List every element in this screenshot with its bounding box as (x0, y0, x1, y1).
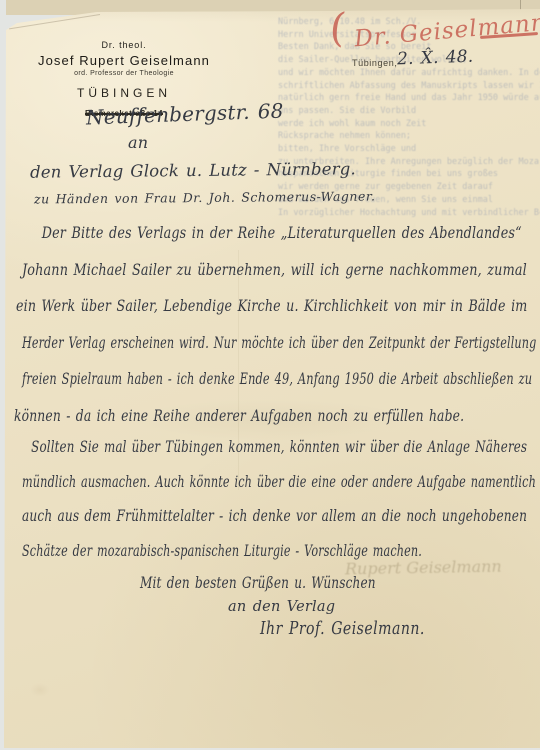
body-line: Der Bitte des Verlags in der Reihe „Lite… (22, 224, 446, 242)
bleedthrough-line: Rücksprache nehmen können; (278, 130, 540, 143)
bleedthrough-line: werde ich wohl kaum noch Zeit (278, 118, 540, 131)
recipient-line-2: zu Händen von Frau Dr. Joh. Schomerus-Wa… (34, 189, 376, 207)
bleedthrough-line: natürlich gern freie Hand und das Jahr 1… (278, 92, 540, 105)
body-line: mündlich ausmachen. Auch könnte ich über… (22, 473, 396, 491)
body-paragraph-1: Der Bitte des Verlags in der Reihe „Lite… (22, 224, 538, 443)
closing-greeting: Mit den besten Grüßen u. Wünschen (140, 574, 376, 592)
body-paragraph-2: Sollten Sie mal über Tübingen kommen, kö… (22, 438, 538, 576)
ghost-offset-text: Rupert Geiselmann (345, 557, 502, 579)
letter-sheet: Nürnberg, 6.10.48 im Sch./V. Herrn Unive… (0, 0, 540, 750)
letterhead-name: Josef Rupert Geiselmann (28, 53, 220, 68)
body-line: freien Spielraum haben - ich denke Ende … (22, 370, 399, 388)
signature: Ihr Prof. Geiselmann. (260, 618, 425, 639)
red-annotation-text: Dr. Geiselmann (353, 10, 540, 53)
dateline-place: Tübingen, (352, 58, 397, 68)
body-line: Johann Michael Sailer zu übernehmen, wil… (22, 261, 447, 279)
body-line: Herder Verlag erscheinen wird. Nur möcht… (22, 334, 394, 352)
scanned-letter-page: Nürnberg, 6.10.48 im Sch./V. Herrn Unive… (0, 0, 540, 750)
corner-crease-line (9, 14, 100, 29)
body-line: Schätze der mozarabisch-spanischen Litur… (22, 542, 395, 560)
bleedthrough-line: In vorzüglicher Hochachtung und mit verb… (278, 207, 540, 220)
letterhead-role: ord. Professor der Theologie (28, 70, 220, 77)
body-line: Sollten Sie mal über Tübingen kommen, kö… (22, 438, 417, 456)
dateline-handwritten-date: 2. X̂. 48. (397, 47, 474, 70)
body-line: können - da ich eine Reihe anderer Aufga… (14, 407, 431, 425)
recipient-line-1: den Verlag Glock u. Lutz - Nürnberg. (30, 159, 356, 181)
letterhead-city: TÜBINGEN (28, 86, 220, 100)
body-line: ein Werk über Sailer, Lebendige Kirche u… (16, 297, 441, 315)
bleedthrough-line: bitten, Ihre Vorschläge und (278, 143, 540, 156)
letterhead-degree: Dr. theol. (28, 40, 220, 50)
body-line: auch aus dem Frühmittelalter - ich denke… (22, 507, 426, 525)
red-bracket-mark: ( (328, 7, 348, 48)
closing-line-2: an den Verlag (228, 599, 335, 615)
bleedthrough-line: schriftlichen Abfassung des Manuskripts … (278, 80, 540, 93)
bleedthrough-line: uns passen. Sie die Vorbild (278, 105, 540, 118)
recipient-preposition: an (128, 133, 148, 152)
